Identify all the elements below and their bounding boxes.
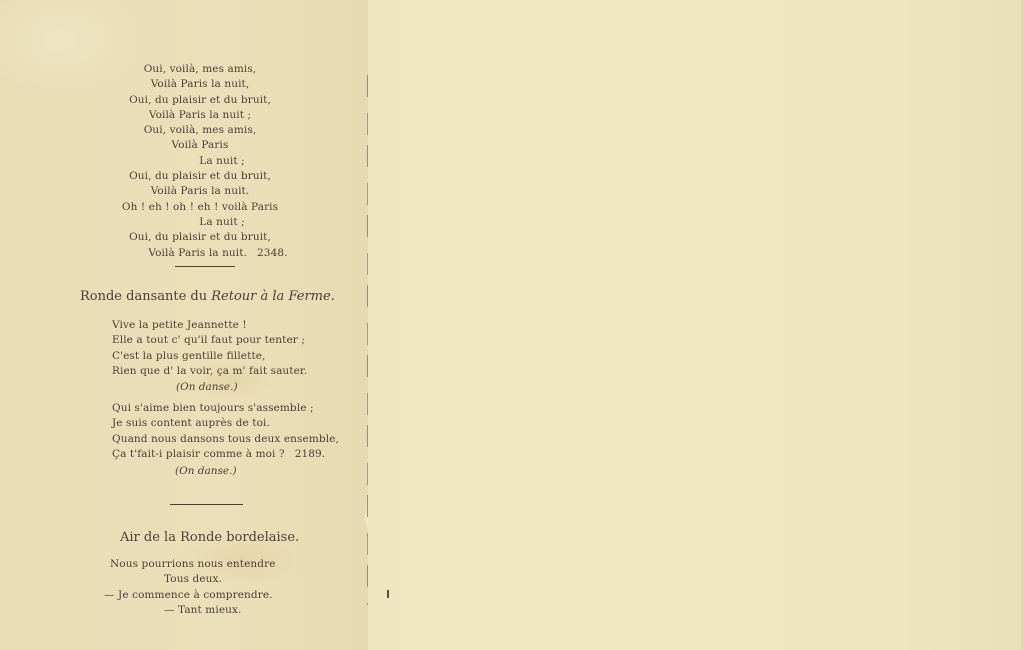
verse-line: Je suis content auprès de toi.	[112, 416, 342, 431]
song-3-verse: Nous pourrions nous entendre Tous deux. …	[110, 557, 280, 618]
verse-line: Ça t'fait-i plaisir comme à moi ?	[112, 448, 285, 460]
verse-line: Rien que d' la voir, ça m' fait sauter.	[112, 364, 342, 379]
verse-line: Oui, du plaisir et du bruit,	[100, 169, 300, 184]
verse-line: Oui, du plaisir et du bruit,	[100, 230, 300, 245]
song-2-stanza-1: Vive la petite Jeannette ! Elle a tout c…	[112, 318, 342, 379]
verse-line: Oui, voilà, mes amis,	[100, 62, 300, 77]
verse-line: Voilà Paris la nuit,	[100, 77, 300, 92]
song-1-verse: Oui, voilà, mes amis, Voilà Paris la nui…	[100, 62, 300, 261]
stage-direction: (On danse.)	[175, 465, 237, 477]
verse-line: C'est la plus gentille fillette,	[112, 349, 342, 364]
verse-line: Voilà Paris la nuit.	[100, 184, 300, 199]
verse-line: Qui s'aime bien toujours s'assemble ;	[112, 401, 342, 416]
ink-mark	[387, 590, 389, 598]
section-divider	[175, 266, 235, 267]
left-printed-page: Oui, voilà, mes amis, Voilà Paris la nui…	[0, 0, 368, 650]
song-2-stanza-2: Qui s'aime bien toujours s'assemble ; Je…	[112, 401, 342, 462]
verse-line: Elle a tout c' qu'il faut pour tenter ;	[112, 333, 342, 348]
verse-line: La nuit ;	[100, 215, 300, 230]
song-2-title: Ronde dansante du Retour à la Ferme.	[80, 289, 335, 304]
verse-line: Oui, du plaisir et du bruit,	[100, 93, 300, 108]
verse-line-numbered: Voilà Paris la nuit.2348.	[100, 246, 300, 261]
title-italic: Retour à la Ferme	[211, 289, 330, 304]
verse-line: — Je commence à comprendre.	[104, 588, 280, 603]
book-scan: Oui, voilà, mes amis, Voilà Paris la nui…	[0, 0, 1024, 650]
section-divider	[170, 504, 243, 505]
verse-line: Oui, voilà, mes amis,	[100, 123, 300, 138]
song-number: 2348.	[257, 247, 288, 259]
verse-line: Vive la petite Jeannette !	[112, 318, 342, 333]
stage-direction: (On danse.)	[176, 381, 238, 393]
song-3-title: Air de la Ronde bordelaise.	[120, 530, 299, 545]
verse-line: Oh ! eh ! oh ! eh ! voilà Paris	[100, 200, 300, 215]
song-number: 2189.	[295, 448, 326, 460]
verse-line: Voilà Paris la nuit.	[148, 247, 247, 259]
verse-line: Voilà Paris	[100, 138, 300, 153]
verse-line: La nuit ;	[100, 154, 300, 169]
title-text: Ronde dansante du	[80, 289, 211, 304]
verse-line: Tous deux.	[110, 572, 280, 587]
verse-line-numbered: Ça t'fait-i plaisir comme à moi ?2189.	[112, 447, 342, 462]
page-fold-line	[367, 75, 368, 605]
verse-line: Quand nous dansons tous deux ensemble,	[112, 432, 342, 447]
verse-line: — Tant mieux.	[110, 603, 280, 618]
right-blank-page	[365, 0, 1024, 650]
verse-line: Voilà Paris la nuit ;	[100, 108, 300, 123]
verse-line: Nous pourrions nous entendre	[110, 557, 280, 572]
title-end: .	[331, 289, 335, 304]
